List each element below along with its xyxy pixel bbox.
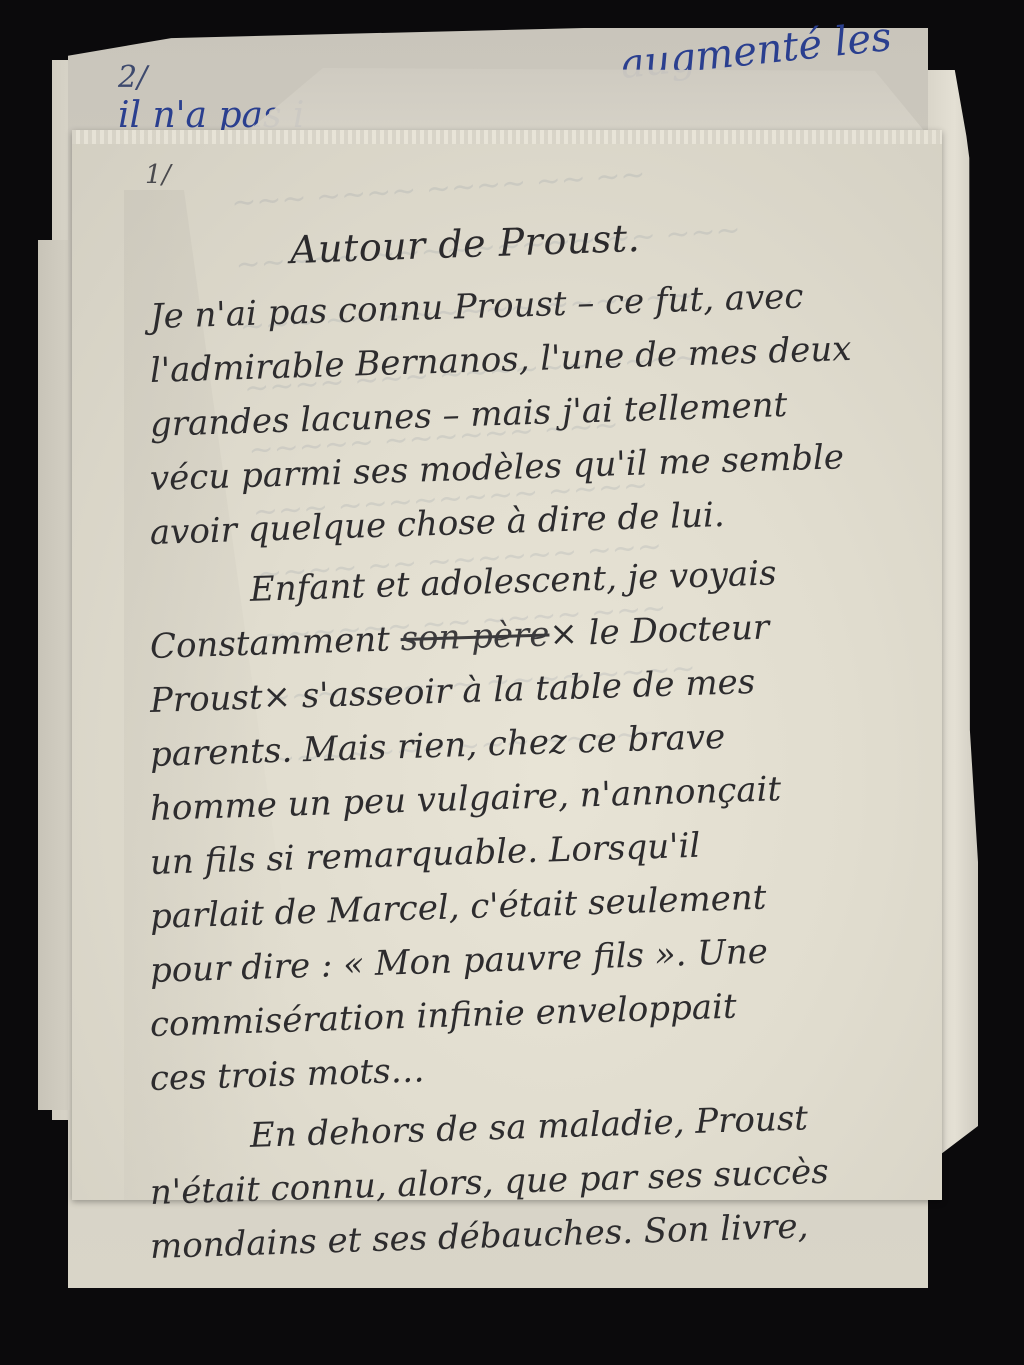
back-page-number: 2/ [118, 60, 147, 95]
text-segment: Constamment [149, 619, 401, 667]
folded-flap [240, 68, 930, 138]
struck-out-text: son père [400, 614, 550, 659]
manuscript-body: Je n'ai pas connu Proust – ce fut, avec … [150, 290, 910, 1274]
front-page-number: 1/ [145, 160, 171, 190]
text-segment: × le Docteur [549, 608, 770, 655]
